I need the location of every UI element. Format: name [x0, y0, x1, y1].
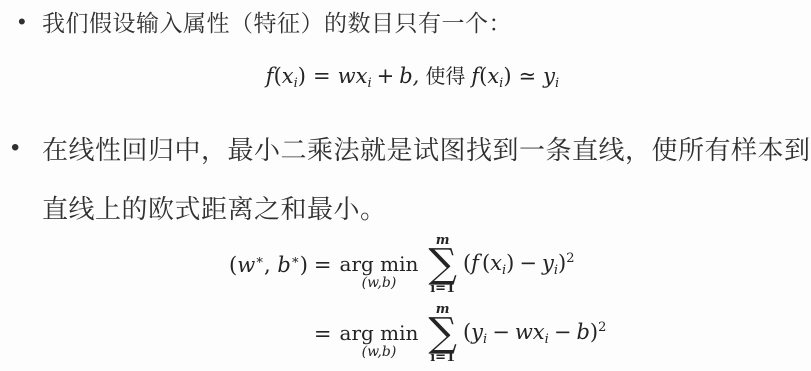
formula-least-squares: (w∗, b∗) = arg min (w,b) m ∑ i=1 (f(xi)−…: [229, 234, 606, 364]
math-exponent: 2: [598, 320, 606, 335]
math-var: wx: [515, 320, 545, 344]
math-superscript-star: ∗: [255, 253, 264, 268]
summation-operator: m ∑ i=1: [428, 303, 457, 364]
math-paren: ): [558, 251, 566, 275]
bullet2-text-line1: 在线性回归中，最小二乘法就是试图找到一条直线，使所有样本到: [42, 130, 811, 167]
equals-sign: =: [314, 322, 332, 346]
bullet-icon: •: [18, 11, 26, 33]
math-var: x: [487, 64, 499, 88]
math-var: f: [266, 64, 274, 88]
math-var: f: [471, 251, 479, 275]
math-superscript-star: ∗: [291, 253, 300, 268]
math-var: x: [490, 251, 502, 275]
math-exponent: 2: [566, 251, 574, 266]
math-var: b,: [399, 64, 419, 88]
math-paren: (: [463, 251, 471, 275]
math-var: x: [282, 64, 294, 88]
math-subscript: i: [367, 76, 371, 91]
minus-sign: −: [554, 320, 572, 344]
argmin-operator: arg min (w,b): [340, 323, 419, 360]
math-subscript: i: [483, 332, 487, 347]
argmin-label: arg min: [340, 323, 419, 344]
bullet2-text-line2: 直线上的欧式距离之和最小。: [42, 189, 387, 226]
math-var: y: [542, 251, 554, 275]
plus-sign: +: [377, 64, 395, 88]
math-paren: ): [300, 253, 308, 277]
formula-body: (f(xi)−yi)2: [463, 244, 575, 286]
minus-sign: −: [492, 320, 510, 344]
math-comma: ,: [264, 253, 271, 277]
bullet-icon: •: [11, 136, 19, 160]
math-paren: ): [590, 320, 598, 344]
simeq-sign: ≃: [519, 64, 537, 88]
math-var: f: [471, 64, 479, 88]
argmin-subscript: (w,b): [362, 276, 397, 291]
math-paren: (: [463, 320, 471, 344]
math-paren: (: [482, 251, 490, 275]
formula-rhs-row1: = arg min (w,b) m ∑ i=1 (f(xi)−yi)2: [308, 234, 606, 295]
equals-sign: =: [313, 64, 331, 88]
math-subscript: i: [555, 76, 559, 91]
formula-body: (yi−wxi−b)2: [463, 313, 606, 355]
math-paren: (: [229, 253, 237, 277]
formula-connector-text: 使得: [425, 66, 465, 88]
formula-linear-model: f(xi)=wxi+b,使得f(xi)≃yi: [0, 59, 811, 101]
math-var: y: [543, 64, 555, 88]
sigma-icon: ∑: [428, 247, 457, 281]
summation-lower-limit: i=1: [430, 282, 455, 295]
summation-operator: m ∑ i=1: [428, 234, 457, 295]
formula-lhs: (w∗, b∗): [229, 253, 308, 277]
summation-lower-limit: i=1: [430, 351, 455, 364]
math-var: b: [576, 320, 589, 344]
math-var: w: [237, 253, 255, 277]
equals-sign: =: [314, 253, 332, 277]
math-paren: ): [298, 64, 306, 88]
slide-canvas: • 我们假设输入属性（特征）的数目只有一个： f(xi)=wxi+b,使得f(x…: [0, 0, 811, 371]
math-subscript: i: [545, 332, 549, 347]
math-var: b: [277, 253, 290, 277]
argmin-operator: arg min (w,b): [340, 254, 419, 291]
math-paren: ): [503, 64, 511, 88]
math-var: wx: [338, 64, 368, 88]
argmin-subscript: (w,b): [362, 345, 397, 360]
sigma-icon: ∑: [428, 316, 457, 350]
formula-rhs-row2: = arg min (w,b) m ∑ i=1 (yi−wxi−b)2: [308, 303, 606, 364]
math-paren: ): [506, 251, 514, 275]
argmin-label: arg min: [340, 254, 419, 275]
math-var: y: [471, 320, 483, 344]
math-paren: (: [274, 64, 282, 88]
minus-sign: −: [519, 251, 537, 275]
bullet1-text: 我们假设输入属性（特征）的数目只有一个：: [42, 5, 512, 38]
